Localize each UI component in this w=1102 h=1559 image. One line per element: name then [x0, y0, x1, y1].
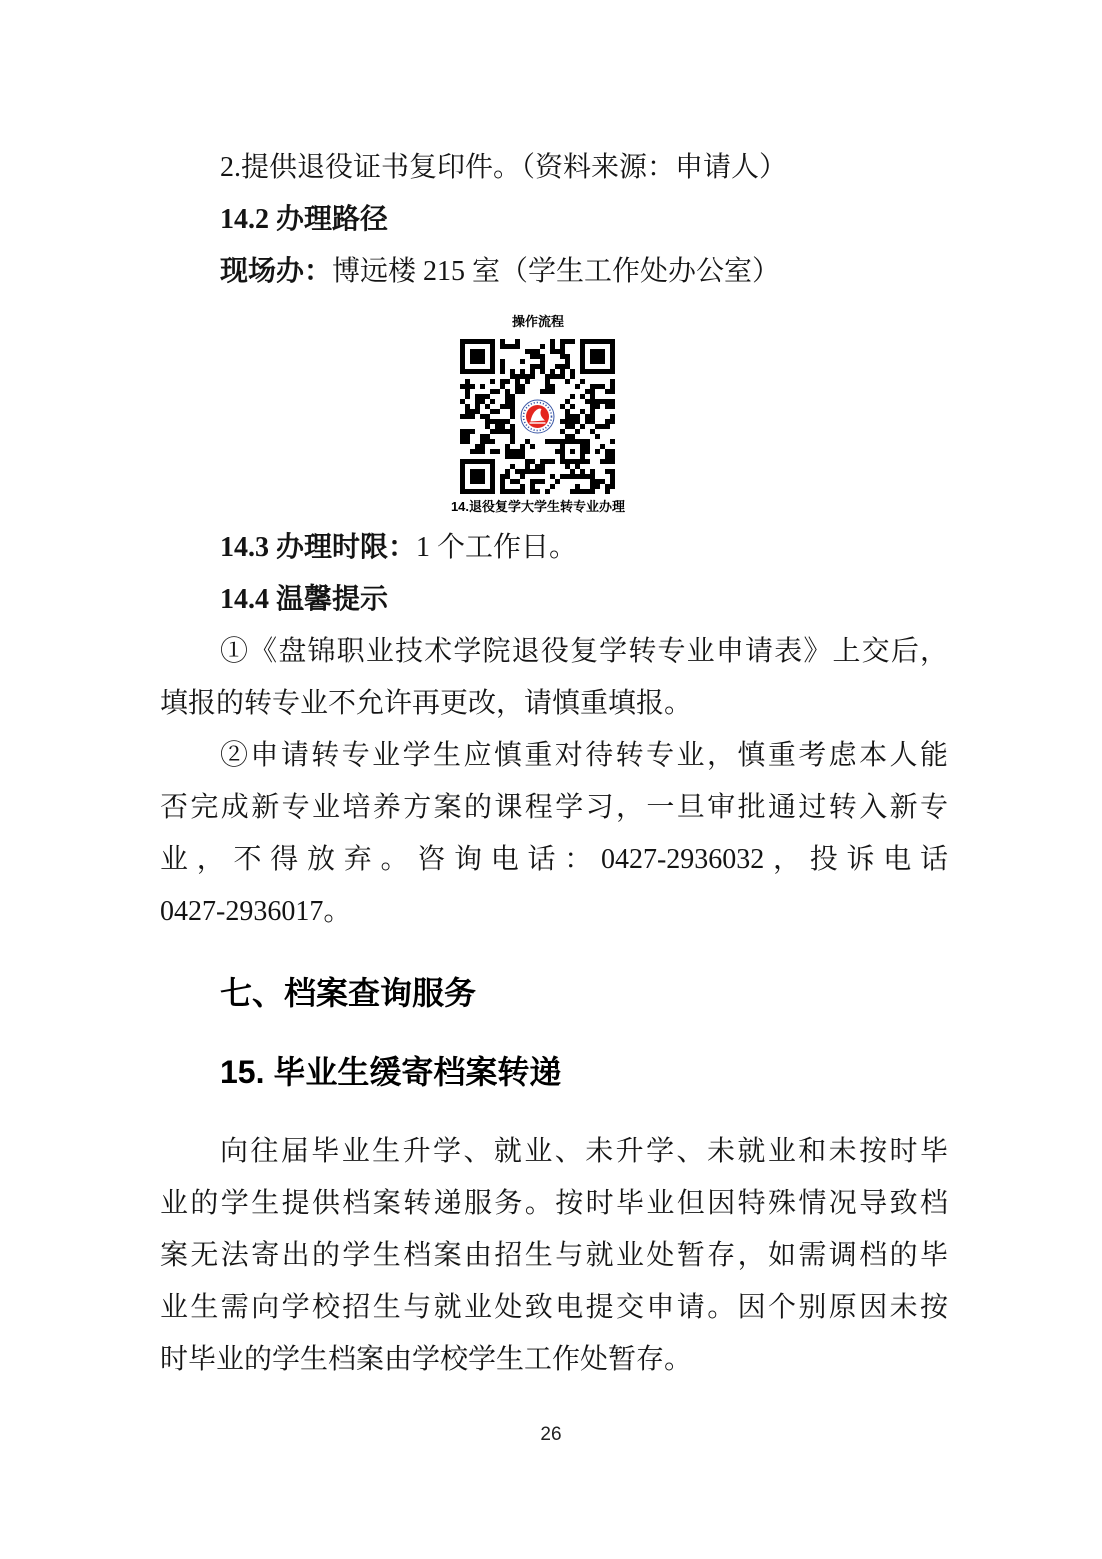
- text-run: 七、档案查询服务: [220, 975, 476, 1011]
- text-line: ①《盘锦职业技术学院退役复学转专业申请表》上交后，: [160, 626, 948, 678]
- text-line: 填报的转专业不允许再更改，请慎重填报。: [160, 678, 948, 730]
- text-run: 1 个工作日。: [416, 532, 577, 563]
- text-run: 0427-2936017。: [160, 896, 351, 927]
- bold-text-run: 14.3 办理时限：: [220, 532, 416, 563]
- text-run: 业的学生提供档案转递服务。按时毕业但因特殊情况导致档: [160, 1188, 948, 1219]
- text-line: 业的学生提供档案转递服务。按时毕业但因特殊情况导致档: [160, 1178, 948, 1230]
- text-line: 现场办：博远楼 215 室（学生工作处办公室）: [160, 246, 948, 298]
- text-line: 时毕业的学生档案由学校学生工作处暂存。: [160, 1334, 948, 1386]
- text-line: 业，不得放弃。咨询电话：0427-2936032，投诉电话: [160, 834, 948, 886]
- text-line: 案无法寄出的学生档案由招生与就业处暂存，如需调档的毕: [160, 1230, 948, 1282]
- text-line: ②申请转专业学生应慎重对待转专业，慎重考虑本人能: [160, 730, 948, 782]
- text-run: 15. 毕业生缓寄档案转递: [220, 1054, 561, 1090]
- text-run: ①《盘锦职业技术学院退役复学转专业申请表》上交后，: [220, 636, 948, 667]
- document-text-layer: 2.提供退役证书复印件。（资料来源：申请人）14.2 办理路径现场办：博远楼 2…: [160, 0, 948, 1559]
- text-run: 填报的转专业不允许再更改，请慎重填报。: [160, 688, 692, 719]
- text-run: 业，不得放弃。咨询电话：0427-2936032，投诉电话: [160, 844, 948, 875]
- section-heading: 15. 毕业生缓寄档案转递: [160, 1046, 948, 1098]
- text-run: 博远楼 215 室（学生工作处办公室）: [332, 256, 780, 287]
- text-line: 0427-2936017。: [160, 886, 948, 938]
- text-run: 案无法寄出的学生档案由招生与就业处暂存，如需调档的毕: [160, 1240, 948, 1271]
- text-run: 2.提供退役证书复印件。（资料来源：申请人）: [220, 152, 787, 183]
- text-line: 否完成新专业培养方案的课程学习，一旦审批通过转入新专: [160, 782, 948, 834]
- page-number: 26: [0, 1421, 1102, 1449]
- bold-text-run: 14.4 温馨提示: [220, 584, 388, 615]
- text-run: 否完成新专业培养方案的课程学习，一旦审批通过转入新专: [160, 792, 948, 823]
- text-line: 2.提供退役证书复印件。（资料来源：申请人）: [160, 142, 948, 194]
- bold-text-run: 现场办：: [220, 256, 332, 287]
- qr-caption: 14.退役复学大学生转专业办理: [338, 494, 738, 520]
- text-run: 时毕业的学生档案由学校学生工作处暂存。: [160, 1344, 692, 1375]
- qr-code-image: [460, 339, 615, 494]
- text-line: 向往届毕业生升学、就业、未升学、未就业和未按时毕: [160, 1126, 948, 1178]
- text-line: 14.2 办理路径: [160, 194, 948, 246]
- bold-text-run: 14.2 办理路径: [220, 204, 388, 235]
- text-line: 14.4 温馨提示: [160, 574, 948, 626]
- school-logo: [519, 398, 556, 435]
- text-run: 向往届毕业生升学、就业、未升学、未就业和未按时毕: [220, 1136, 948, 1167]
- text-line: 业生需向学校招生与就业处致电提交申请。因个别原因未按: [160, 1282, 948, 1334]
- section-heading: 七、档案查询服务: [160, 967, 948, 1019]
- document-page: 2.提供退役证书复印件。（资料来源：申请人）14.2 办理路径现场办：博远楼 2…: [0, 0, 1102, 1559]
- text-line: 14.3 办理时限：1 个工作日。: [160, 522, 948, 574]
- text-run: 业生需向学校招生与就业处致电提交申请。因个别原因未按: [160, 1292, 948, 1323]
- text-run: ②申请转专业学生应慎重对待转专业，慎重考虑本人能: [220, 740, 948, 771]
- qr-label: 操作流程: [338, 306, 738, 338]
